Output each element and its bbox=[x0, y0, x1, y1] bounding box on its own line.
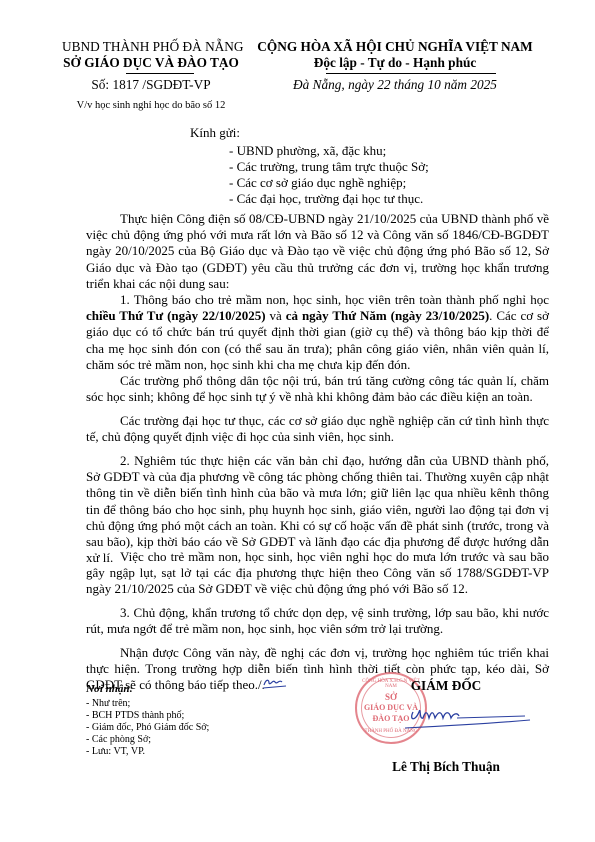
boarding-paragraph: Các trường phổ thông dân tộc nội trú, bá… bbox=[86, 373, 549, 405]
motto-underline bbox=[326, 73, 496, 74]
agency-underline bbox=[126, 73, 194, 74]
distribution-label: Nơi nhận: bbox=[86, 684, 133, 695]
national-title: CỘNG HÒA XÃ HỘI CHỦ NGHĨA VIỆT NAM bbox=[234, 39, 556, 55]
university-text: Các trường đại học tư thục, các cơ sở gi… bbox=[86, 413, 549, 444]
boarding-text: Các trường phổ thông dân tộc nội trú, bá… bbox=[86, 373, 549, 404]
national-motto: Độc lập - Tự do - Hạnh phúc bbox=[234, 55, 556, 71]
flood-text: Việc cho trẻ mầm non, học sinh, học viên… bbox=[86, 549, 549, 596]
distribution-item: - Các phòng Sở; bbox=[86, 734, 151, 745]
distribution-item: - Lưu: VT, VP. bbox=[86, 746, 145, 757]
handwritten-signature-icon bbox=[405, 698, 535, 734]
distribution-item: - Như trên; bbox=[86, 698, 130, 709]
item-3-paragraph: 3. Chủ động, khẩn trương tổ chức dọn dẹp… bbox=[86, 605, 549, 637]
flood-paragraph: Việc cho trẻ mầm non, học sinh, học viên… bbox=[86, 549, 549, 598]
recipients-label: Kính gửi: bbox=[190, 125, 240, 141]
item-1-paragraph: 1. Thông báo cho trẻ mầm non, học sinh, … bbox=[86, 292, 549, 373]
recipient-item: - UBND phường, xã, đặc khu; bbox=[229, 143, 386, 159]
initials-mark-icon bbox=[262, 676, 288, 690]
signer-name: Lê Thị Bích Thuận bbox=[366, 759, 526, 775]
recipient-item: - Các trường, trung tâm trực thuộc Sở; bbox=[229, 159, 429, 175]
official-letter-page: UBND THÀNH PHỐ ĐÀ NẴNG SỞ GIÁO DỤC VÀ ĐÀ… bbox=[0, 0, 595, 842]
document-number: Số: 1817 /SGDĐT-VP bbox=[62, 77, 240, 93]
intro-paragraph: Thực hiện Công điện số 08/CĐ-UBND ngày 2… bbox=[86, 211, 549, 292]
item-1-text: 1. Thông báo cho trẻ mầm non, học sinh, … bbox=[120, 292, 549, 307]
recipient-item: - Các cơ sở giáo dục nghề nghiệp; bbox=[229, 175, 406, 191]
distribution-item: - Giám đốc, Phó Giám đốc Sở; bbox=[86, 722, 209, 733]
agency-name: SỞ GIÁO DỤC VÀ ĐÀO TẠO bbox=[62, 55, 240, 71]
item-1-conjunction: và bbox=[266, 308, 286, 323]
agency-parent: UBND THÀNH PHỐ ĐÀ NẴNG bbox=[62, 39, 240, 55]
distribution-item: - BCH PTDS thành phố; bbox=[86, 710, 184, 721]
place-and-date: Đà Nẵng, ngày 22 tháng 10 năm 2025 bbox=[234, 77, 556, 93]
university-paragraph: Các trường đại học tư thục, các cơ sở gi… bbox=[86, 413, 549, 445]
item-1-date-1: chiều Thứ Tư (ngày 22/10/2025) bbox=[86, 308, 266, 323]
document-subject: V/v học sinh nghỉ học do bão số 12 bbox=[62, 100, 240, 111]
item-1-date-2: cả ngày Thứ Năm (ngày 23/10/2025) bbox=[286, 308, 489, 323]
item-3-text: 3. Chủ động, khẩn trương tổ chức dọn dẹp… bbox=[86, 605, 549, 636]
recipient-item: - Các đại học, trường đại học tư thục. bbox=[229, 191, 423, 207]
intro-text: Thực hiện Công điện số 08/CĐ-UBND ngày 2… bbox=[86, 211, 549, 291]
signer-title: GIÁM ĐỐC bbox=[396, 678, 496, 694]
